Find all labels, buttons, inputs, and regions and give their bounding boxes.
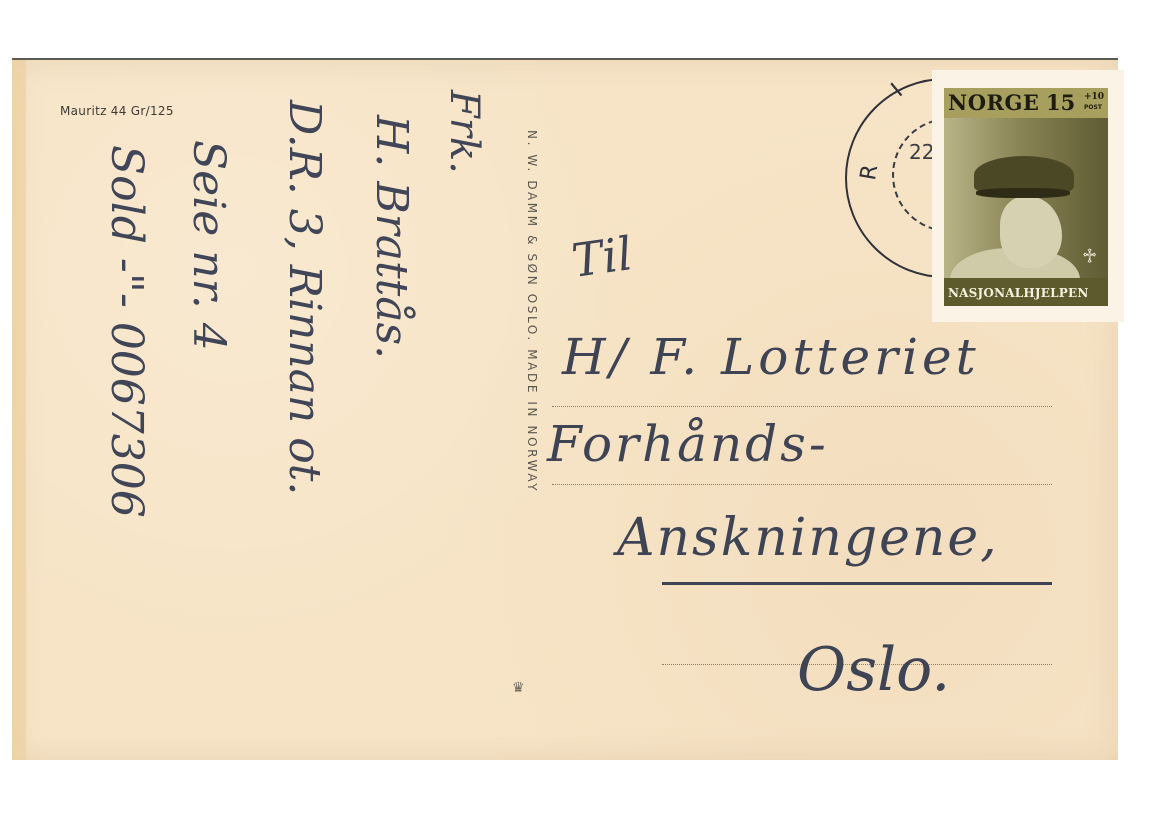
cross-heart-icon: ♱ (1082, 244, 1097, 268)
recipient-line-5: Oslo. (797, 635, 950, 705)
recipient-line-3: Forhånds- (547, 415, 829, 473)
address-underline (662, 582, 1052, 585)
stamp-caption: NASJONALHJELPEN (948, 286, 1089, 300)
recipient-line-2: H/ F. Lotteriet (562, 328, 980, 386)
address-dotted-line-2 (552, 484, 1052, 485)
stamp-header: NORGE 15 +10 POST (944, 88, 1108, 118)
stamp-design: NORGE 15 +10 POST ♱ NASJONALHJELPEN (944, 88, 1108, 306)
stamp-post-label: POST (1084, 104, 1102, 111)
portrait-face (1000, 196, 1062, 268)
postcard: Mauritz 44 Gr/125 Frk. H. Brattås. D.R. … (12, 58, 1118, 760)
printer-code: Mauritz 44 Gr/125 (60, 104, 174, 118)
stamp-value: 15 (1046, 90, 1075, 115)
publisher-imprint: N. W. DAMM & SØN OSLO. MADE IN NORWAY (517, 130, 539, 690)
address-dotted-line-1 (552, 406, 1052, 407)
sender-line-2: H. Brattås. (366, 115, 417, 359)
sender-line-5: Sold -"- 0067306 (101, 145, 152, 518)
stamp-country: NORGE (948, 90, 1039, 115)
recipient-line-1: Til (569, 226, 636, 288)
stamp-surcharge: +10 (1084, 92, 1104, 102)
stamp-footer: NASJONALHJELPEN (944, 278, 1108, 306)
sender-line-4: Seie nr. 4 (183, 140, 234, 351)
card-edge (12, 60, 26, 760)
portrait-cap-brim (976, 188, 1070, 198)
postage-stamp: NORGE 15 +10 POST ♱ NASJONALHJELPEN (932, 70, 1124, 322)
sender-line-1: Frk. (441, 90, 487, 174)
sender-line-3: D.R. 3, Rinnan ot. (279, 100, 330, 495)
recipient-line-4: Anskningene, (617, 508, 999, 568)
crown-icon: ♛ (512, 680, 525, 696)
